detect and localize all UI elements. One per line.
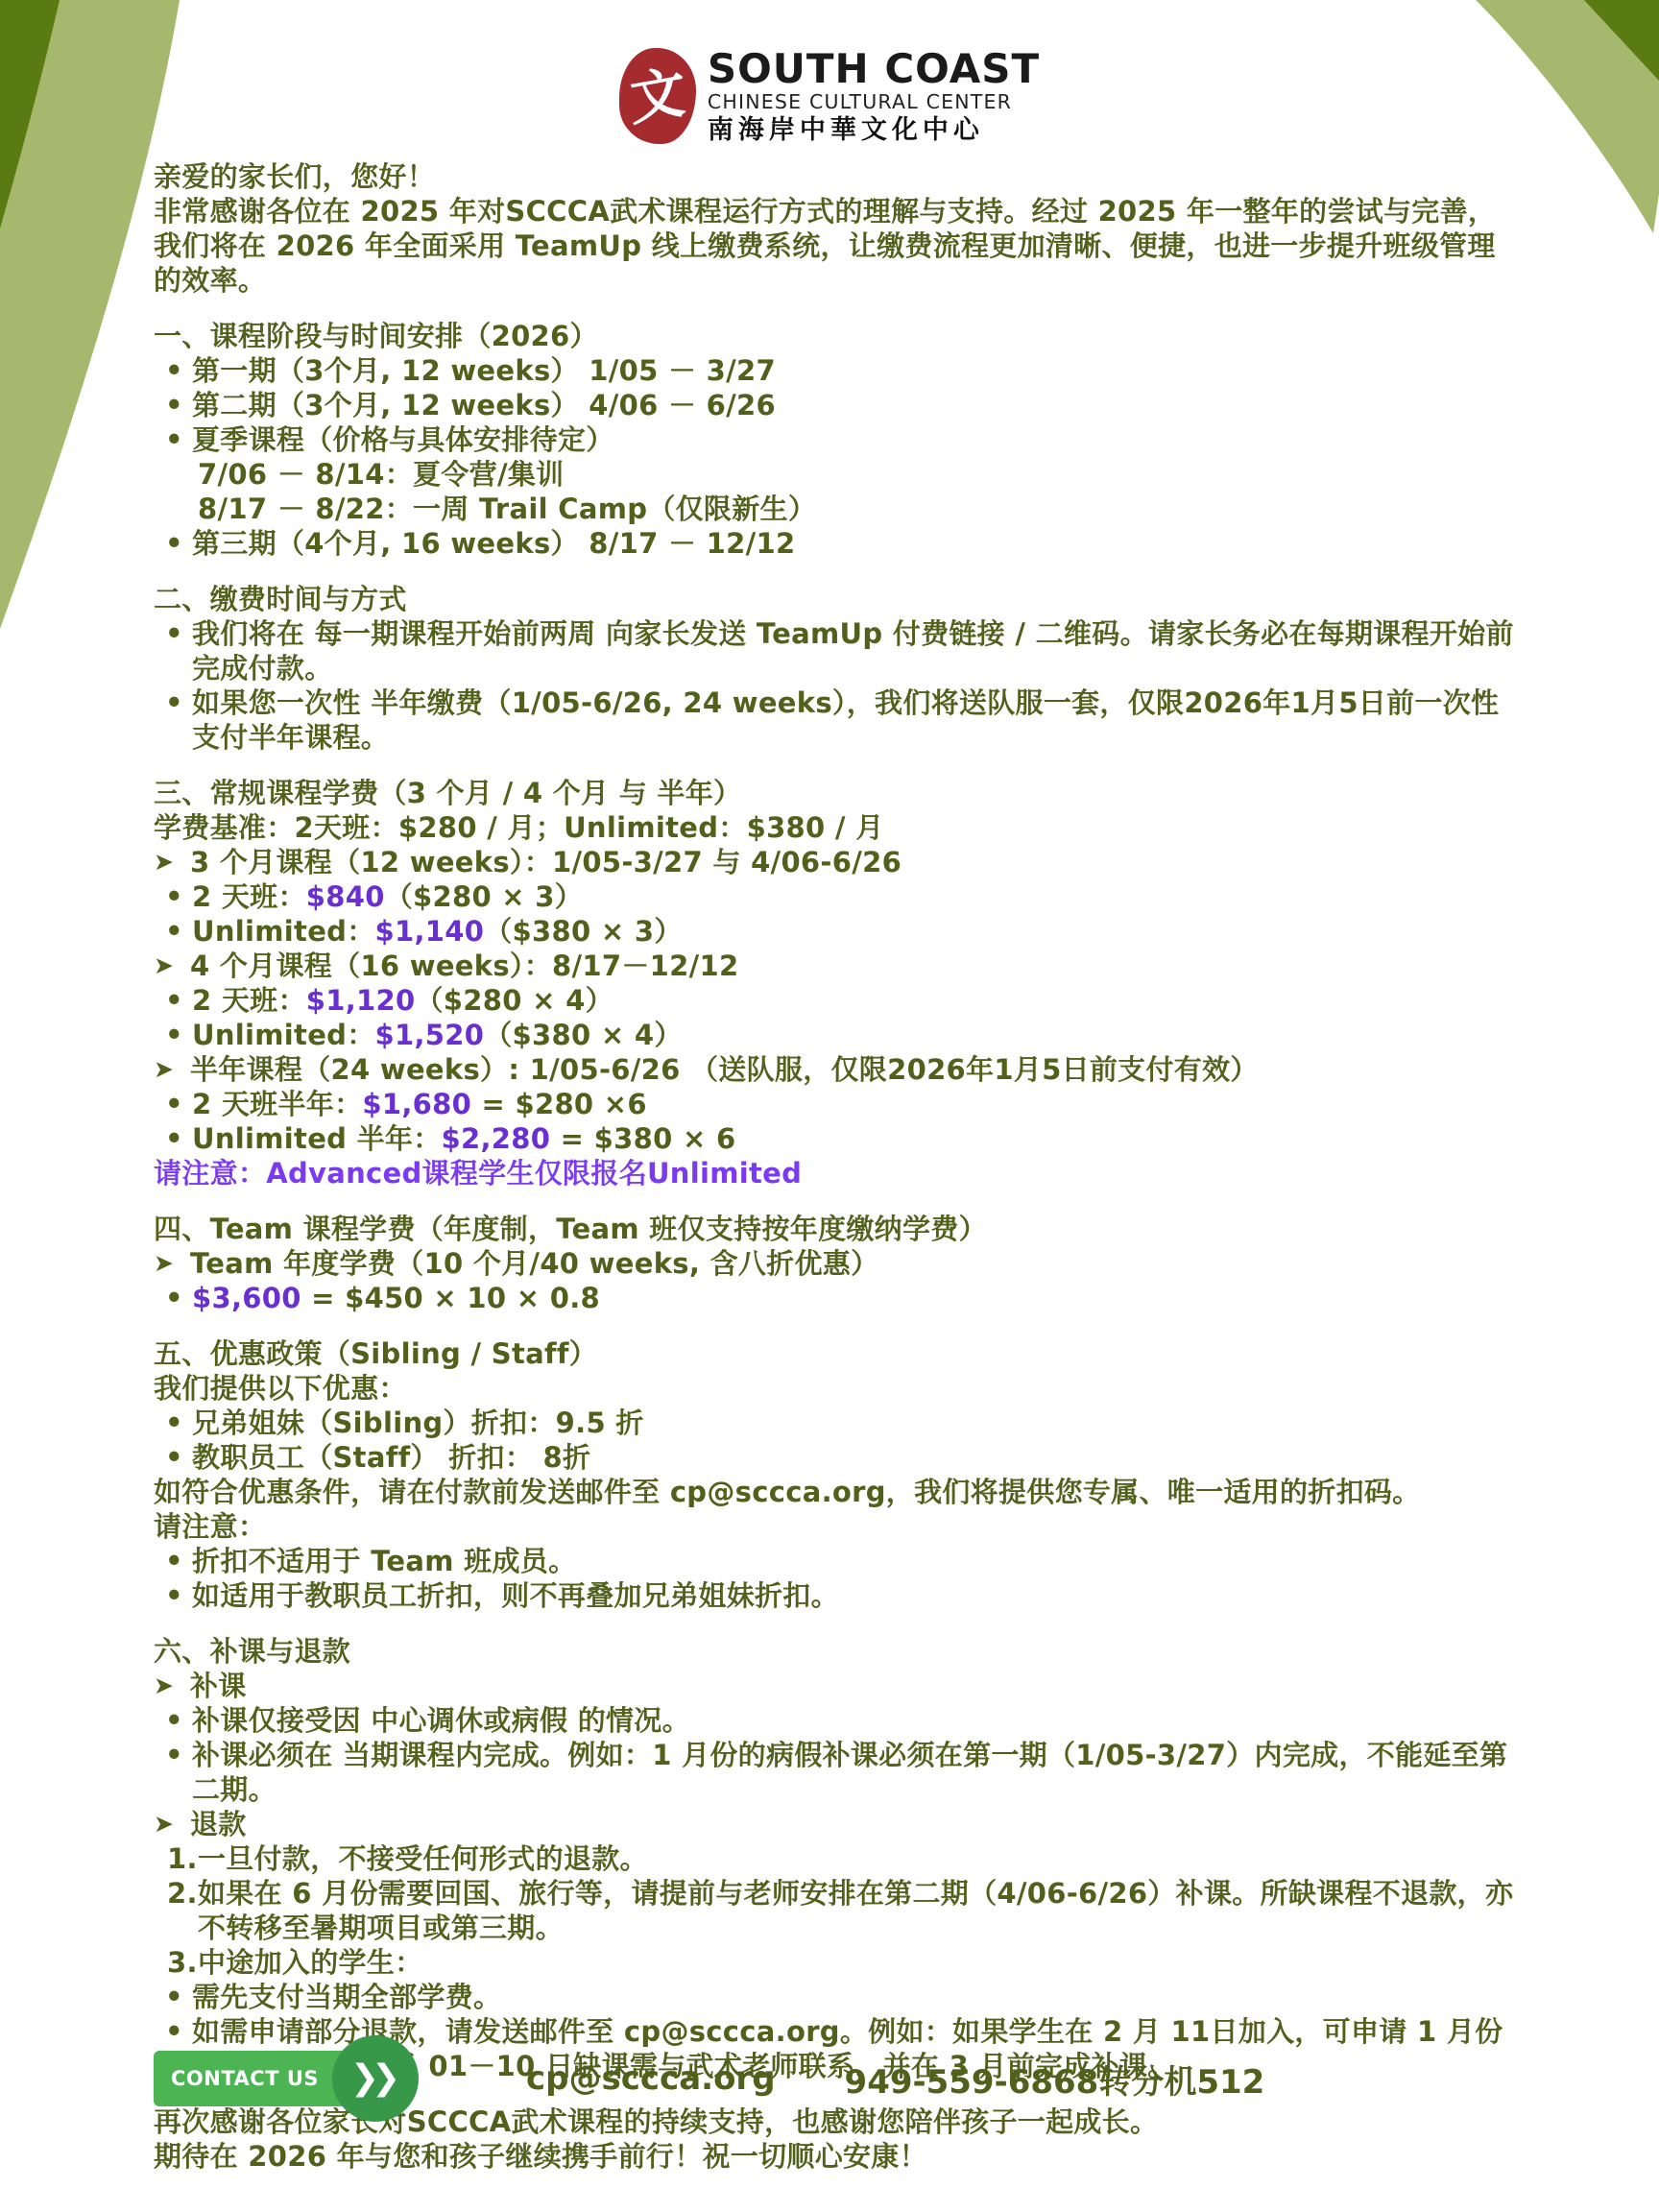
contact-us-button[interactable]: CONTACT US ❯❯ <box>154 2051 376 2106</box>
arrow-item: ➤补课 <box>154 1669 1519 1703</box>
text-segment: 7/06 － 8/14：夏令营/集训 <box>198 458 564 491</box>
bullet-item: •夏季课程（价格与具体安排待定） <box>154 422 1519 457</box>
line-content: 4 个月课程（16 weeks）：8/17－12/12 <box>190 949 1519 983</box>
bullet-item: •2 天班：$840（$280 × 3） <box>154 879 1519 914</box>
bullet-item: •第三期（4个月, 16 weeks） 8/17 － 12/12 <box>154 526 1519 561</box>
text-segment: 如果您一次性 半年缴费（1/05-6/26, 24 weeks），我们将送队服一… <box>192 686 1499 754</box>
spacer <box>154 1190 1519 1212</box>
text-segment: 夏季课程（价格与具体安排待定） <box>192 423 614 456</box>
list-marker: • <box>165 1980 192 2014</box>
bullet-item: •Unlimited：$1,140（$380 × 3） <box>154 914 1519 949</box>
text-segment: Team 年度学费（10 个月/40 weeks, 含八折优惠） <box>190 1247 878 1280</box>
text-segment: 再次感谢各位家长对SCCCA武术课程的持续支持，也感谢您陪伴孩子一起成长。 <box>154 2105 1158 2138</box>
logo-glyph: 文 <box>628 63 686 129</box>
line-content: 学费基准：2天班：$280 / 月；Unlimited：$380 / 月 <box>154 810 1519 845</box>
bullet-item: •需先支付当期全部学费。 <box>154 1980 1519 2014</box>
line-content: 夏季课程（价格与具体安排待定） <box>192 422 1519 457</box>
bullet-item: •如适用于教职员工折扣，则不再叠加兄弟姐妹折扣。 <box>154 1578 1519 1613</box>
contact-phone: 949-559-6868转分机512 <box>845 2056 1265 2103</box>
text-segment: 四、Team 课程学费（年度制，Team 班仅支持按年度缴纳学费） <box>154 1213 987 1245</box>
price-value: $2,280 <box>442 1122 551 1155</box>
text-segment: Unlimited： <box>192 1019 375 1051</box>
paragraph: 期待在 2026 年与您和孩子继续携手前行！祝一切顺心安康！ <box>154 2139 1519 2174</box>
text-segment: 请注意： <box>154 1510 266 1543</box>
text-segment: 补课 <box>190 1670 247 1702</box>
line-content: 半年课程（24 weeks）: 1/05-6/26 （送队服，仅限2026年1月… <box>190 1052 1519 1087</box>
text-segment: 半年课程（24 weeks）: 1/05-6/26 （送队服，仅限2026年1月… <box>190 1053 1259 1086</box>
line-content: 第一期（3个月, 12 weeks） 1/05 － 3/27 <box>192 353 1519 388</box>
list-marker: • <box>165 1121 192 1156</box>
bullet-item: •兄弟姐妹（Sibling）折扣：9.5 折 <box>154 1406 1519 1440</box>
line-content: 如符合优惠条件，请在付款前发送邮件至 cp@sccca.org，我们将提供您专属… <box>154 1475 1519 1509</box>
line-content: 2 天班：$840（$280 × 3） <box>192 879 1519 914</box>
logo-subtitle: CHINESE CULTURAL CENTER <box>708 92 1040 113</box>
line-content: 我们提供以下优惠： <box>154 1371 1519 1406</box>
text-segment: （$280 × 4） <box>416 984 613 1017</box>
text-segment: 退款 <box>190 1808 247 1840</box>
bullet-item: • $3,600 = $450 × 10 × 0.8 <box>154 1281 1519 1315</box>
text-segment: 如适用于教职员工折扣，则不再叠加兄弟姐妹折扣。 <box>192 1579 839 1612</box>
section-heading: 六、补课与退款 <box>154 1634 1519 1669</box>
list-marker: • <box>165 1440 192 1475</box>
line-content: 补课仅接受因 中心调休或病假 的情况。 <box>192 1703 1519 1738</box>
list-marker: • <box>165 914 192 949</box>
list-marker: 1. <box>167 1841 198 1876</box>
spacer <box>154 1613 1519 1634</box>
paragraph: 非常感谢各位在 2025 年对SCCCA武术课程运行方式的理解与支持。经过 20… <box>154 194 1519 298</box>
price-value: $1,680 <box>362 1088 471 1120</box>
line-content: 非常感谢各位在 2025 年对SCCCA武术课程运行方式的理解与支持。经过 20… <box>154 194 1519 298</box>
bullet-item: •第一期（3个月, 12 weeks） 1/05 － 3/27 <box>154 353 1519 388</box>
text-segment: 4 个月课程（16 weeks）：8/17－12/12 <box>190 950 738 982</box>
text-segment: 六、补课与退款 <box>154 1635 350 1668</box>
list-marker: • <box>165 616 192 685</box>
line-content: 六、补课与退款 <box>154 1634 1519 1669</box>
sub-item: 8/17 － 8/22：一周 Trail Camp（仅限新生） <box>154 492 1519 526</box>
line-content: 8/17 － 8/22：一周 Trail Camp（仅限新生） <box>198 492 1519 526</box>
price-value: $1,520 <box>375 1019 485 1051</box>
bullet-item: •如果您一次性 半年缴费（1/05-6/26, 24 weeks），我们将送队服… <box>154 685 1519 755</box>
text-segment: 教职员工（Staff） 折扣： 8折 <box>192 1441 590 1474</box>
text-segment: 付款前 <box>435 1476 519 1508</box>
spacer <box>154 561 1519 582</box>
bullet-item: •Unlimited：$1,520（$380 × 4） <box>154 1018 1519 1052</box>
bullet-item: •2 天班：$1,120（$280 × 4） <box>154 983 1519 1018</box>
text-segment: （$280 × 3） <box>385 880 583 913</box>
list-marker: ➤ <box>154 1669 190 1703</box>
spacer <box>154 298 1519 319</box>
text-segment: 请注意：Advanced课程学生仅限报名Unlimited <box>154 1157 802 1190</box>
line-content: 3 个月课程（12 weeks）：1/05-3/27 与 4/06-6/26 <box>190 845 1519 879</box>
numbered-item: 2.如果在 6 月份需要回国、旅行等，请提前与老师安排在第二期（4/06-6/2… <box>154 1876 1519 1945</box>
price-value: $840 <box>306 880 385 913</box>
list-marker: • <box>165 353 192 388</box>
section-heading: 五、优惠政策（Sibling / Staff） <box>154 1336 1519 1371</box>
arrow-item: ➤3 个月课程（12 weeks）：1/05-3/27 与 4/06-6/26 <box>154 845 1519 879</box>
section-heading: 一、课程阶段与时间安排（2026） <box>154 319 1519 353</box>
line-content: $3,600 = $450 × 10 × 0.8 <box>192 1281 1519 1315</box>
text-segment: = $280 ×6 <box>471 1088 647 1120</box>
list-marker: 2. <box>167 1876 198 1945</box>
text-segment: 补课必须在 当期课程内完成。例如：1 月份的病假补课必须在第一期（1/05-3/… <box>192 1739 1507 1806</box>
price-value: $1,120 <box>306 984 416 1017</box>
logo-text: SOUTH COAST CHINESE CULTURAL CENTER 南海岸中… <box>708 48 1040 144</box>
sub-item: 7/06 － 8/14：夏令营/集训 <box>154 457 1519 492</box>
arrow-item: ➤4 个月课程（16 weeks）：8/17－12/12 <box>154 949 1519 983</box>
sccc-logo-icon: 文 <box>619 48 696 144</box>
list-marker: • <box>165 422 192 457</box>
line-content: 一、课程阶段与时间安排（2026） <box>154 319 1519 353</box>
logo-chinese-name: 南海岸中華文化中心 <box>708 117 1040 144</box>
line-content: 教职员工（Staff） 折扣： 8折 <box>192 1440 1519 1475</box>
list-marker: • <box>165 1281 192 1315</box>
list-marker: ➤ <box>154 949 190 983</box>
spacer <box>154 1315 1519 1336</box>
logo-header: 文 SOUTH COAST CHINESE CULTURAL CENTER 南海… <box>0 48 1659 144</box>
text-segment: 如果在 6 月份需要回国、旅行等，请提前与老师安排在第二期（4/06-6/26）… <box>198 1877 1513 1944</box>
list-marker: ➤ <box>154 845 190 879</box>
line-content: 期待在 2026 年与您和孩子继续携手前行！祝一切顺心安康！ <box>154 2139 1519 2174</box>
text-segment: 3 个月课程（12 weeks）：1/05-3/27 与 4/06-6/26 <box>190 846 902 878</box>
text-segment: 需先支付当期全部学费。 <box>192 1981 501 2013</box>
text-segment: （$380 × 3） <box>484 915 682 948</box>
arrow-item: ➤半年课程（24 weeks）: 1/05-6/26 （送队服，仅限2026年1… <box>154 1052 1519 1087</box>
spacer <box>154 755 1519 776</box>
section-heading: 三、常规课程学费（3 个月 / 4 个月 与 半年） <box>154 776 1519 810</box>
line-content: 第二期（3个月, 12 weeks） 4/06 － 6/26 <box>192 388 1519 422</box>
text-segment: 我们提供以下优惠： <box>154 1372 407 1405</box>
text-segment: 8/17 － 8/22：一周 Trail Camp（仅限新生） <box>198 493 816 525</box>
text-segment: 二、缴费时间与方式 <box>154 583 407 615</box>
double-chevron-icon: ❯❯ <box>332 2035 419 2122</box>
line-content: Unlimited 半年：$2,280 = $380 × 6 <box>192 1121 1519 1156</box>
paragraph: 我们提供以下优惠： <box>154 1371 1519 1406</box>
text-segment: = $380 × 6 <box>550 1122 735 1155</box>
text-segment: 亲爱的家长们，您好！ <box>154 160 435 193</box>
line-content: 如果在 6 月份需要回国、旅行等，请提前与老师安排在第二期（4/06-6/26）… <box>198 1876 1519 1945</box>
contact-email[interactable]: cp@sccca.org <box>526 2059 776 2098</box>
text-segment: 第二期（3个月, 12 weeks） 4/06 － 6/26 <box>192 389 776 421</box>
line-content: Unlimited：$1,520（$380 × 4） <box>192 1018 1519 1052</box>
arrow-item: ➤退款 <box>154 1807 1519 1841</box>
price-value: $1,140 <box>375 915 485 948</box>
paragraph: 请注意：Advanced课程学生仅限报名Unlimited <box>154 1156 1519 1190</box>
text-segment: 第一期（3个月, 12 weeks） 1/05 － 3/27 <box>192 354 776 387</box>
line-content: 2 天班半年：$1,680 = $280 ×6 <box>192 1087 1519 1121</box>
text-segment: （$380 × 4） <box>484 1019 682 1051</box>
text-segment: 五、优惠政策（Sibling / Staff） <box>154 1337 597 1370</box>
arrow-item: ➤Team 年度学费（10 个月/40 weeks, 含八折优惠） <box>154 1246 1519 1281</box>
numbered-item: 3.中途加入的学生： <box>154 1945 1519 1980</box>
text-segment: = $450 × 10 × 0.8 <box>301 1282 600 1314</box>
line-content: 三、常规课程学费（3 个月 / 4 个月 与 半年） <box>154 776 1519 810</box>
line-content: 我们将在 每一期课程开始前两周 向家长发送 TeamUp 付费链接 / 二维码。… <box>192 616 1519 685</box>
bullet-item: •我们将在 每一期课程开始前两周 向家长发送 TeamUp 付费链接 / 二维码… <box>154 616 1519 685</box>
line-content: 如果您一次性 半年缴费（1/05-6/26, 24 weeks），我们将送队服一… <box>192 685 1519 755</box>
bullet-item: •2 天班半年：$1,680 = $280 ×6 <box>154 1087 1519 1121</box>
bullet-item: •Unlimited 半年：$2,280 = $380 × 6 <box>154 1121 1519 1156</box>
list-marker: • <box>165 1018 192 1052</box>
list-marker: ➤ <box>154 1807 190 1841</box>
text-segment: 补课仅接受因 中心调休或病假 的情况。 <box>192 1704 690 1737</box>
bullet-item: •教职员工（Staff） 折扣： 8折 <box>154 1440 1519 1475</box>
line-content: Unlimited：$1,140（$380 × 3） <box>192 914 1519 949</box>
list-marker: • <box>165 983 192 1018</box>
logo-title: SOUTH COAST <box>708 48 1040 90</box>
text-segment: 发送邮件至 cp@sccca.org，我们将提供您专属、唯一适用的折扣码。 <box>519 1476 1421 1508</box>
list-marker: ➤ <box>154 1052 190 1087</box>
bullet-item: •折扣不适用于 Team 班成员。 <box>154 1544 1519 1578</box>
price-value: $3,600 <box>192 1282 301 1314</box>
text-segment: 三、常规课程学费（3 个月 / 4 个月 与 半年） <box>154 777 741 809</box>
line-content: 中途加入的学生： <box>198 1945 1519 1980</box>
list-marker: • <box>165 879 192 914</box>
text-segment: 兄弟姐妹（Sibling）折扣：9.5 折 <box>192 1407 644 1439</box>
text-segment: 2 天班半年： <box>192 1088 362 1120</box>
bullet-item: •补课必须在 当期课程内完成。例如：1 月份的病假补课必须在第一期（1/05-3… <box>154 1738 1519 1807</box>
text-segment: 2 天班： <box>192 984 306 1017</box>
list-marker: • <box>165 1578 192 1613</box>
line-content: 退款 <box>190 1807 1519 1841</box>
text-segment: 2 天班： <box>192 880 306 913</box>
text-segment: 期待在 2026 年与您和孩子继续携手前行！祝一切顺心安康！ <box>154 2140 927 2173</box>
list-marker: • <box>165 526 192 561</box>
list-marker: • <box>165 388 192 422</box>
paragraph: 学费基准：2天班：$280 / 月；Unlimited：$380 / 月 <box>154 810 1519 845</box>
document-body: 亲爱的家长们，您好！非常感谢各位在 2025 年对SCCCA武术课程运行方式的理… <box>154 159 1519 2174</box>
paragraph: 如符合优惠条件，请在付款前发送邮件至 cp@sccca.org，我们将提供您专属… <box>154 1475 1519 1509</box>
line-content: 需先支付当期全部学费。 <box>192 1980 1519 2014</box>
list-marker: • <box>165 685 192 755</box>
line-content: 如适用于教职员工折扣，则不再叠加兄弟姐妹折扣。 <box>192 1578 1519 1613</box>
paragraph: 请注意： <box>154 1509 1519 1544</box>
text-segment: 非常感谢各位在 2025 年对SCCCA武术课程运行方式的理解与支持。经过 20… <box>154 195 1496 297</box>
line-content: 二、缴费时间与方式 <box>154 582 1519 616</box>
section-heading: 二、缴费时间与方式 <box>154 582 1519 616</box>
list-marker: • <box>165 1738 192 1807</box>
text-segment: 如符合优惠条件，请在 <box>154 1476 435 1508</box>
text-segment: 中途加入的学生： <box>198 1946 422 1979</box>
line-content: 请注意：Advanced课程学生仅限报名Unlimited <box>154 1156 1519 1190</box>
text-segment: 学费基准：2天班：$280 / 月；Unlimited：$380 / 月 <box>154 811 884 844</box>
list-marker: • <box>165 1703 192 1738</box>
numbered-item: 1.一旦付款，不接受任何形式的退款。 <box>154 1841 1519 1876</box>
section-heading: 四、Team 课程学费（年度制，Team 班仅支持按年度缴纳学费） <box>154 1212 1519 1246</box>
text-segment: 一旦付款，不接受任何形式的退款。 <box>198 1842 648 1875</box>
line-content: 兄弟姐妹（Sibling）折扣：9.5 折 <box>192 1406 1519 1440</box>
text-segment: Unlimited： <box>192 915 375 948</box>
bullet-item: •补课仅接受因 中心调休或病假 的情况。 <box>154 1703 1519 1738</box>
list-marker: • <box>165 1406 192 1440</box>
paragraph: 亲爱的家长们，您好！ <box>154 159 1519 194</box>
line-content: 一旦付款，不接受任何形式的退款。 <box>198 1841 1519 1876</box>
line-content: 四、Team 课程学费（年度制，Team 班仅支持按年度缴纳学费） <box>154 1212 1519 1246</box>
line-content: 请注意： <box>154 1509 1519 1544</box>
line-content: 补课 <box>190 1669 1519 1703</box>
list-marker: • <box>165 1544 192 1578</box>
line-content: 7/06 － 8/14：夏令营/集训 <box>198 457 1519 492</box>
line-content: 2 天班：$1,120（$280 × 4） <box>192 983 1519 1018</box>
contact-footer: CONTACT US ❯❯ cp@sccca.org 949-559-6868转… <box>154 2051 1563 2106</box>
contact-us-label: CONTACT US <box>171 2067 319 2090</box>
line-content: 折扣不适用于 Team 班成员。 <box>192 1544 1519 1578</box>
bullet-item: •第二期（3个月, 12 weeks） 4/06 － 6/26 <box>154 388 1519 422</box>
line-content: 第三期（4个月, 16 weeks） 8/17 － 12/12 <box>192 526 1519 561</box>
text-segment: 第三期（4个月, 16 weeks） 8/17 － 12/12 <box>192 527 795 560</box>
line-content: 补课必须在 当期课程内完成。例如：1 月份的病假补课必须在第一期（1/05-3/… <box>192 1738 1519 1807</box>
line-content: 五、优惠政策（Sibling / Staff） <box>154 1336 1519 1371</box>
chevron-glyphs: ❯❯ <box>350 2061 400 2096</box>
list-marker: • <box>165 1087 192 1121</box>
list-marker: ➤ <box>154 1246 190 1281</box>
line-content: Team 年度学费（10 个月/40 weeks, 含八折优惠） <box>190 1246 1519 1281</box>
list-marker: 3. <box>167 1945 198 1980</box>
text-segment: 折扣不适用于 Team 班成员。 <box>192 1545 576 1577</box>
text-segment: 我们将在 每一期课程开始前两周 向家长发送 TeamUp 付费链接 / 二维码。… <box>192 617 1514 685</box>
text-segment: 一、课程阶段与时间安排（2026） <box>154 320 598 352</box>
line-content: 亲爱的家长们，您好！ <box>154 159 1519 194</box>
text-segment: Unlimited 半年： <box>192 1122 442 1155</box>
